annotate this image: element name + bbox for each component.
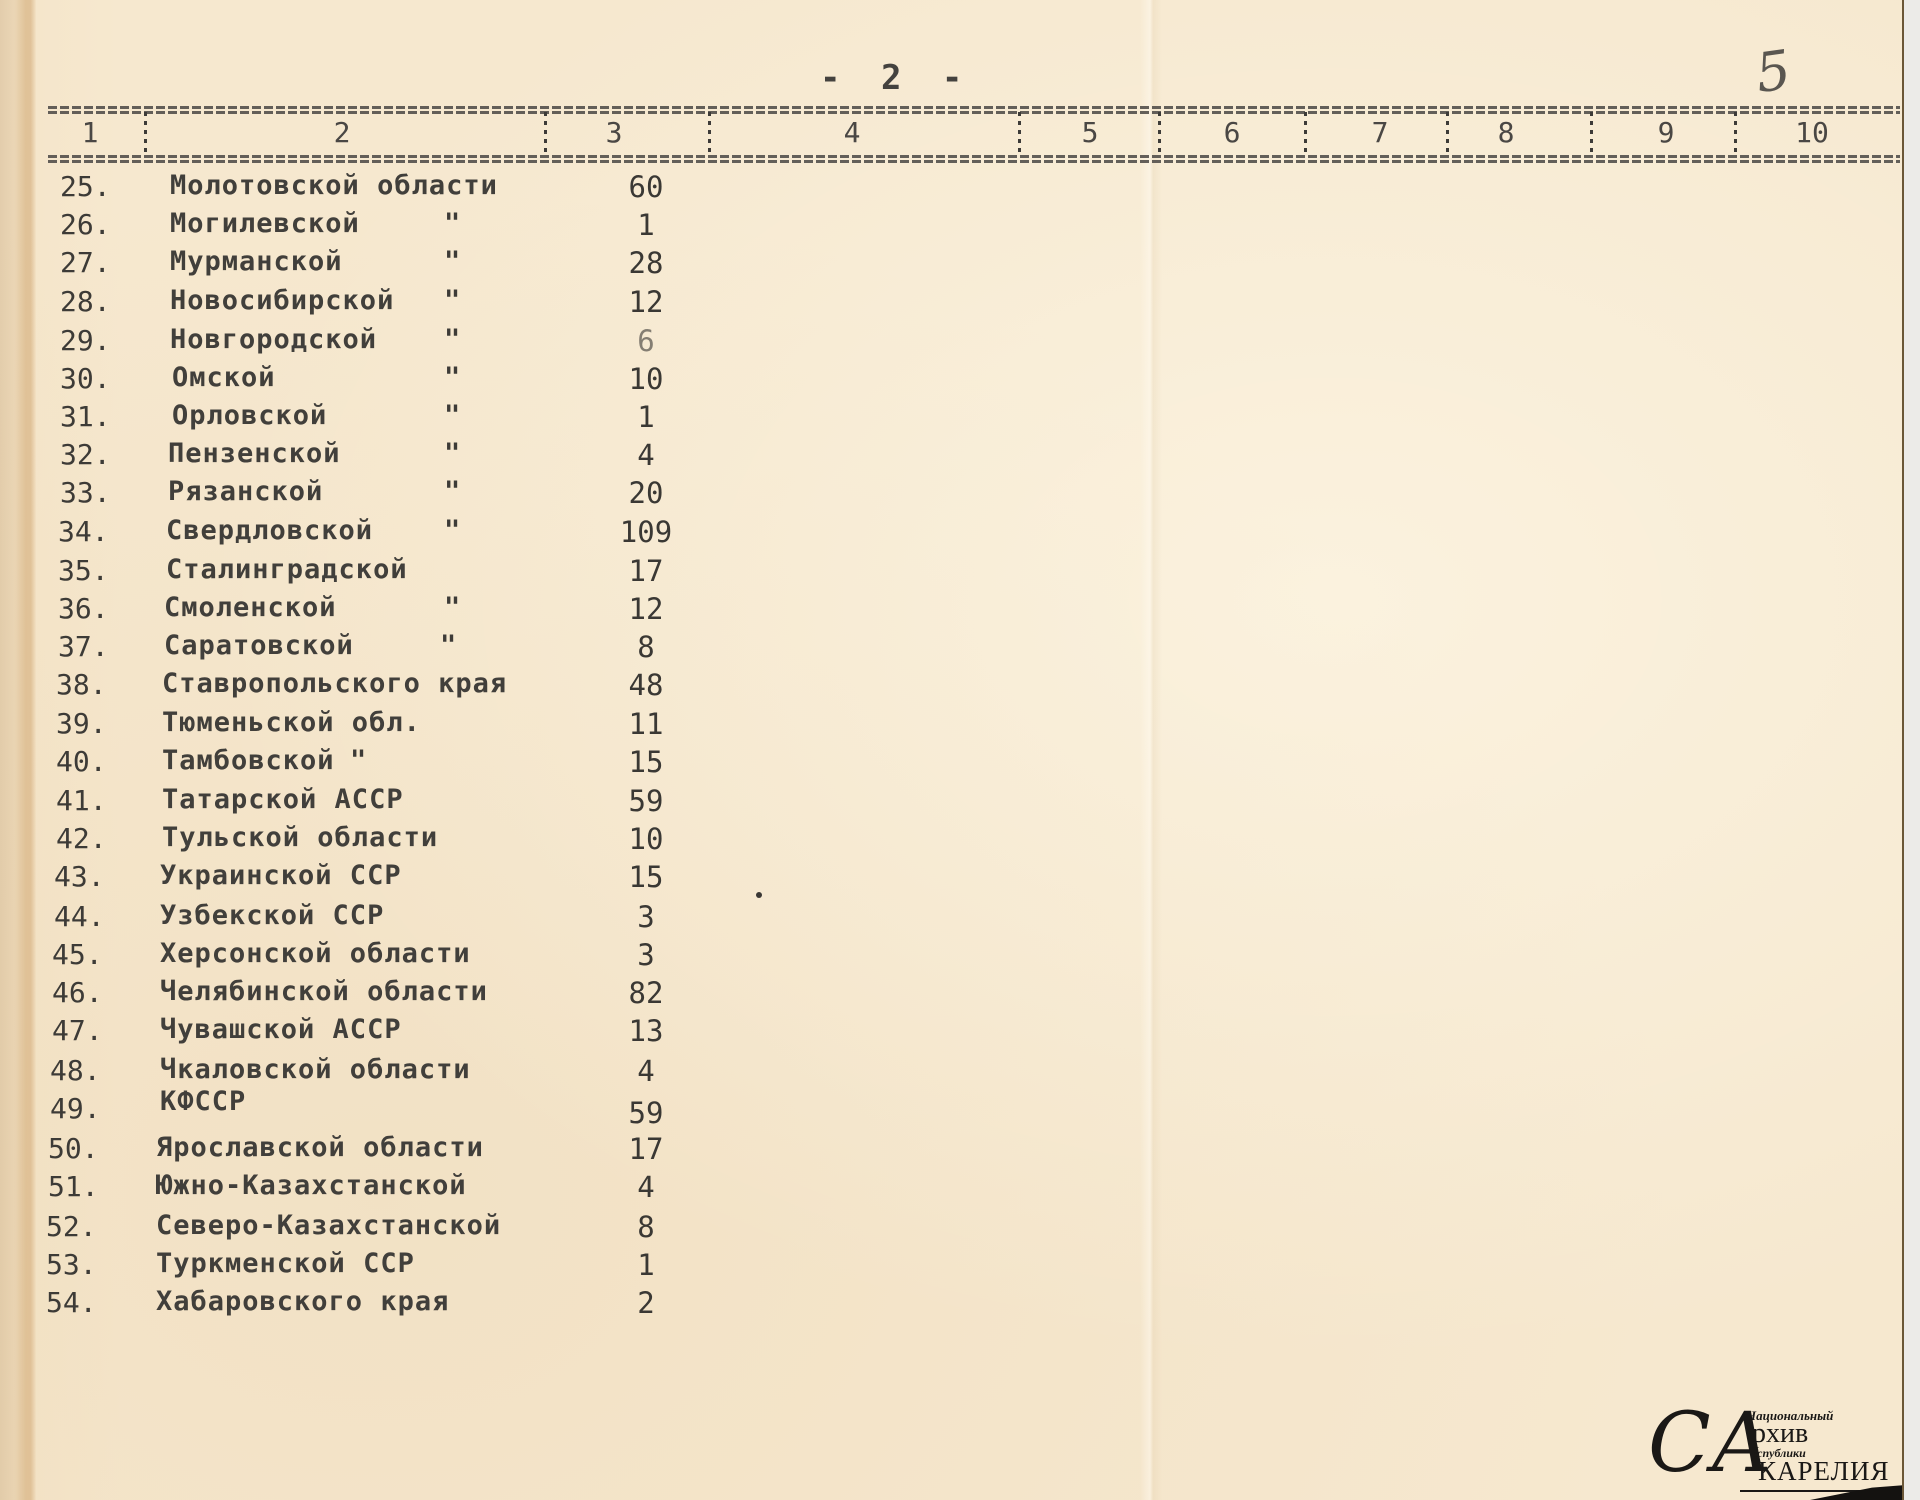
row-number: 26.: [60, 208, 140, 241]
header-rule-top: [48, 106, 1900, 114]
region-count: 4: [596, 438, 696, 472]
row-number: 45.: [52, 938, 132, 971]
region-count: 3: [596, 900, 696, 934]
column-header-1: 1: [82, 116, 99, 149]
header-rule-bottom: [48, 155, 1900, 163]
row-number: 27.: [60, 246, 140, 279]
row-number: 37.: [58, 630, 138, 663]
row-number: 43.: [54, 860, 134, 893]
region-name: Пензенской: [168, 438, 341, 469]
region-name: Новгородской: [170, 324, 377, 355]
region-count: 48: [596, 668, 696, 702]
ink-speck: [756, 892, 762, 898]
row-number: 29.: [60, 324, 140, 357]
region-name: Сталинградской: [166, 554, 408, 585]
column-separator: [1734, 112, 1737, 154]
region-name: Могилевской: [170, 208, 360, 239]
region-count: 10: [596, 822, 696, 856]
region-count: 12: [596, 592, 696, 626]
row-number: 51.: [48, 1170, 128, 1203]
region-count: 59: [596, 784, 696, 818]
ditto-mark: ": [444, 246, 460, 277]
column-separator: [1446, 112, 1449, 154]
column-separator: [1590, 112, 1593, 154]
region-name: Украинской ССР: [160, 860, 402, 891]
ditto-mark: ": [444, 362, 460, 393]
region-count: 10: [596, 362, 696, 396]
row-number: 32.: [60, 438, 140, 471]
region-count: 82: [596, 976, 696, 1010]
region-count: 11: [596, 707, 696, 741]
region-count: 15: [596, 860, 696, 894]
ditto-mark: ": [444, 324, 460, 355]
column-header-2: 2: [334, 116, 351, 149]
row-number: 50.: [48, 1132, 128, 1165]
column-header-7: 7: [1372, 116, 1389, 149]
region-name: Саратовской: [164, 630, 354, 661]
row-number: 41.: [56, 784, 136, 817]
row-number: 54.: [46, 1286, 126, 1319]
row-number: 47.: [52, 1014, 132, 1047]
region-name: Северо-Казахстанской: [156, 1210, 501, 1241]
row-number: 33.: [60, 476, 140, 509]
column-separator: [1304, 112, 1307, 154]
row-number: 38.: [56, 668, 136, 701]
row-number: 53.: [46, 1248, 126, 1281]
region-count: 8: [596, 1210, 696, 1244]
row-number: 39.: [56, 707, 136, 740]
column-header-8: 8: [1498, 116, 1515, 149]
region-name: Мурманской: [170, 246, 343, 277]
region-name: Южно-Казахстанской: [156, 1170, 467, 1201]
handwritten-sheet-number: 5: [1752, 38, 1795, 105]
column-header-3: 3: [606, 116, 623, 149]
region-name: Татарской АССР: [162, 784, 404, 815]
column-separator: [544, 112, 547, 154]
ditto-mark: ": [444, 285, 460, 316]
region-count: 59: [596, 1096, 696, 1130]
row-number: 46.: [52, 976, 132, 1009]
column-header-6: 6: [1224, 116, 1241, 149]
column-separator: [1018, 112, 1021, 154]
ditto-mark: ": [444, 438, 460, 469]
region-count: 3: [596, 938, 696, 972]
row-number: 36.: [58, 592, 138, 625]
region-name: КФССР: [160, 1086, 246, 1117]
ditto-mark: ": [440, 630, 456, 661]
region-count: 60: [596, 170, 696, 204]
region-count: 6: [596, 324, 696, 358]
region-count: 15: [596, 745, 696, 779]
region-count: 2: [596, 1286, 696, 1320]
column-separator: [708, 112, 711, 154]
row-number: 42.: [56, 822, 136, 855]
table-column-header: 1 2 3 4 5 6 7 8 9 10: [48, 116, 1900, 154]
row-number: 34.: [58, 515, 138, 548]
region-name: Чкаловской области: [160, 1054, 471, 1085]
region-count: 12: [596, 285, 696, 319]
ditto-mark: ": [444, 476, 460, 507]
region-name: Ставропольского края: [162, 668, 507, 699]
page-right-edge: [1902, 0, 1920, 1500]
row-number: 35.: [58, 554, 138, 587]
region-count: 8: [596, 630, 696, 664]
column-header-10: 10: [1795, 116, 1829, 149]
region-name: Рязанской: [168, 476, 323, 507]
region-name: Смоленской: [164, 592, 337, 623]
ditto-mark: ": [444, 400, 460, 431]
region-name: Херсонской области: [160, 938, 471, 969]
row-number: 44.: [54, 900, 134, 933]
region-name: Челябинской области: [160, 976, 488, 1007]
row-number: 52.: [46, 1210, 126, 1243]
region-count: 4: [596, 1170, 696, 1204]
region-name: Чувашской АССР: [160, 1014, 402, 1045]
region-name: Орловской: [172, 400, 327, 431]
column-header-9: 9: [1658, 116, 1675, 149]
row-number: 28.: [60, 285, 140, 318]
logo-karelia-label: КАРЕЛИЯ: [1758, 1456, 1889, 1487]
ditto-mark: ": [444, 515, 460, 546]
row-number: 31.: [60, 400, 140, 433]
region-count: 109: [596, 515, 696, 549]
archive-watermark-logo: СА Национальный рхив еспублики КАРЕЛИЯ: [1640, 1400, 1910, 1500]
region-count: 17: [596, 554, 696, 588]
left-fold-shadow: [0, 0, 36, 1500]
page-number: - 2 -: [820, 58, 972, 98]
row-number: 40.: [56, 745, 136, 778]
region-count: 28: [596, 246, 696, 280]
region-name: Туркменской ССР: [156, 1248, 415, 1279]
region-name: Ярославской области: [156, 1132, 484, 1163]
row-number: 30.: [60, 362, 140, 395]
region-name: Тамбовской: [162, 745, 335, 776]
column-header-5: 5: [1082, 116, 1099, 149]
region-name: Молотовской области: [170, 170, 498, 201]
document-page: - 2 - 5 1 2 3 4 5 6 7 8 9 10 25. Молотов…: [0, 0, 1903, 1500]
region-count: 13: [596, 1014, 696, 1048]
region-count: 17: [596, 1132, 696, 1166]
center-fold-crease: [1140, 0, 1162, 1500]
column-header-4: 4: [844, 116, 861, 149]
column-separator: [1158, 112, 1161, 154]
region-name: Новосибирской: [170, 285, 394, 316]
row-number: 25.: [60, 170, 140, 203]
region-count: 20: [596, 476, 696, 510]
region-count: 4: [596, 1054, 696, 1088]
row-number: 49.: [50, 1092, 130, 1125]
ditto-mark: ": [444, 592, 460, 623]
region-count: 1: [596, 208, 696, 242]
region-name: Хабаровского края: [156, 1286, 449, 1317]
ditto-mark: ": [350, 745, 366, 776]
region-name: Омской: [172, 362, 276, 393]
row-number: 48.: [50, 1054, 130, 1087]
ditto-mark: ": [444, 208, 460, 239]
region-count: 1: [596, 1248, 696, 1282]
region-name: Свердловской: [166, 515, 373, 546]
region-name: Узбекской ССР: [160, 900, 384, 931]
column-separator: [144, 112, 147, 154]
region-name: Тюменьской обл.: [162, 707, 421, 738]
region-count: 1: [596, 400, 696, 434]
region-name: Тульской области: [162, 822, 438, 853]
